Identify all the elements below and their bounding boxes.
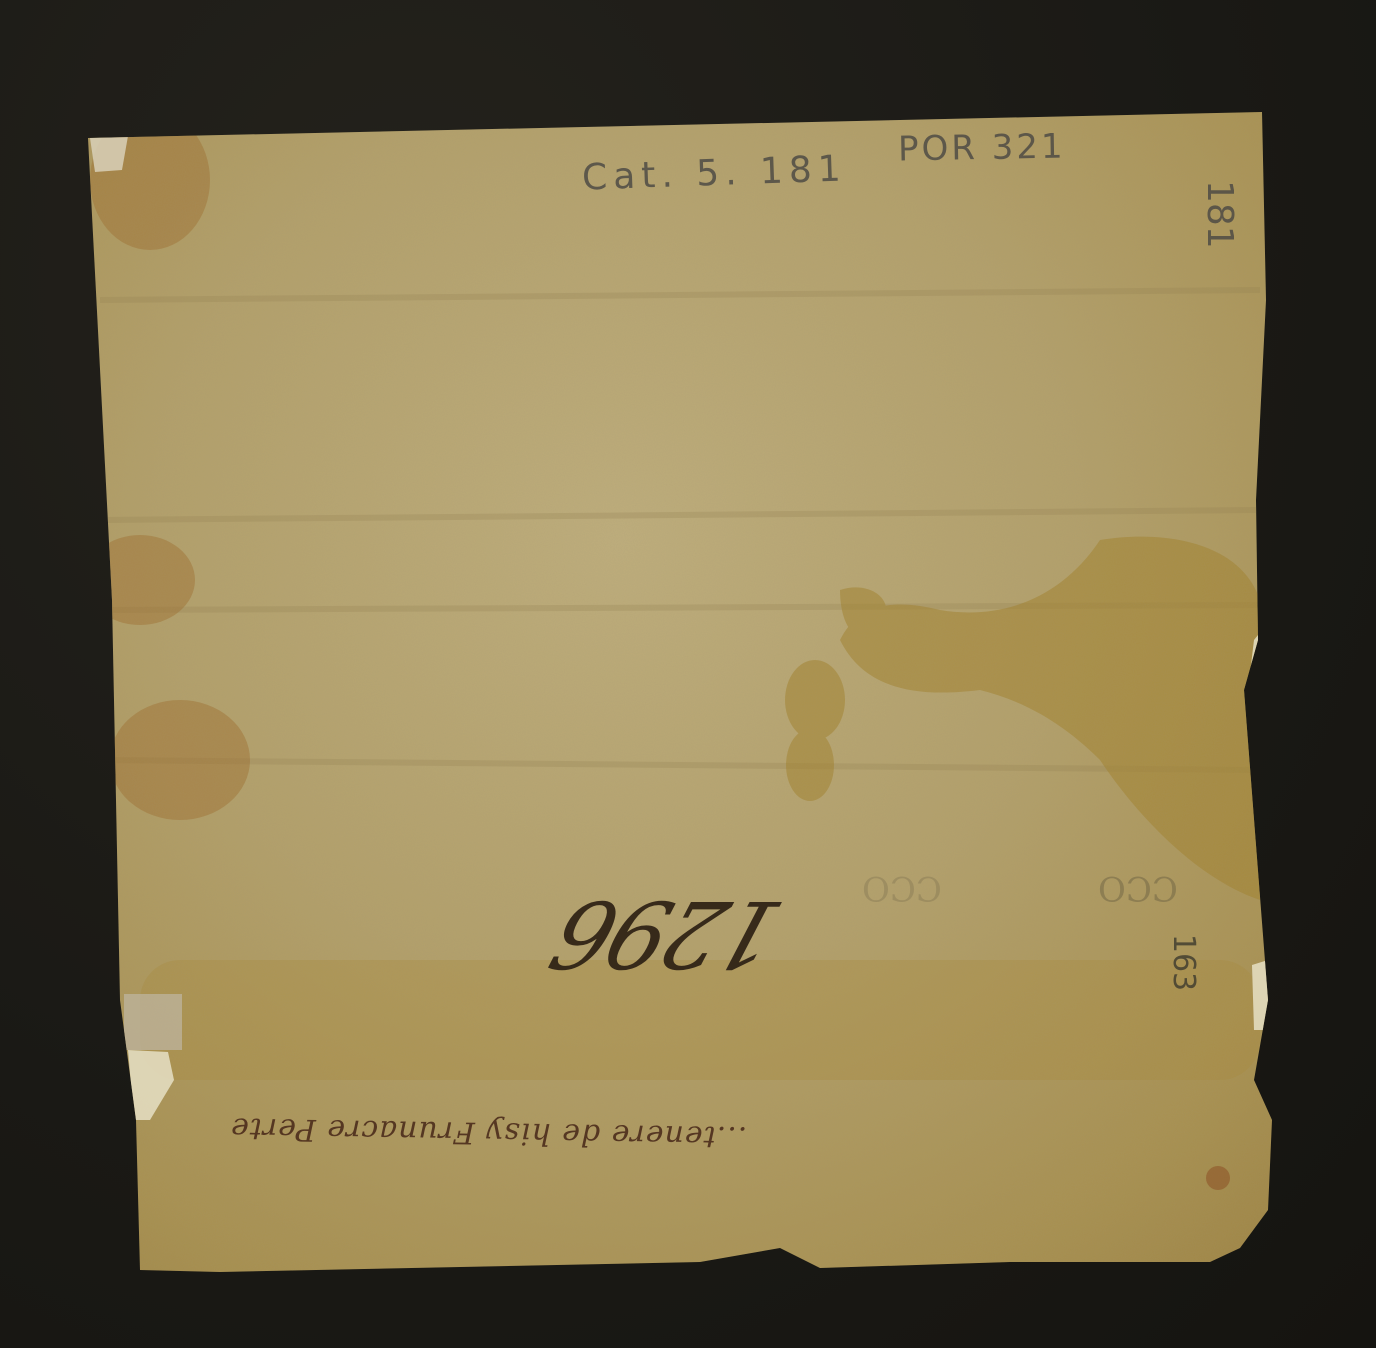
- date-inscription: 1296: [543, 880, 796, 987]
- faint-mark-right: CCO: [1098, 868, 1178, 908]
- shelfmark-por: POR 321: [898, 127, 1066, 170]
- margin-number: 163: [1166, 934, 1201, 991]
- faint-mark-center: CCO: [862, 868, 942, 908]
- folio-number-top-right: 181: [1199, 180, 1240, 249]
